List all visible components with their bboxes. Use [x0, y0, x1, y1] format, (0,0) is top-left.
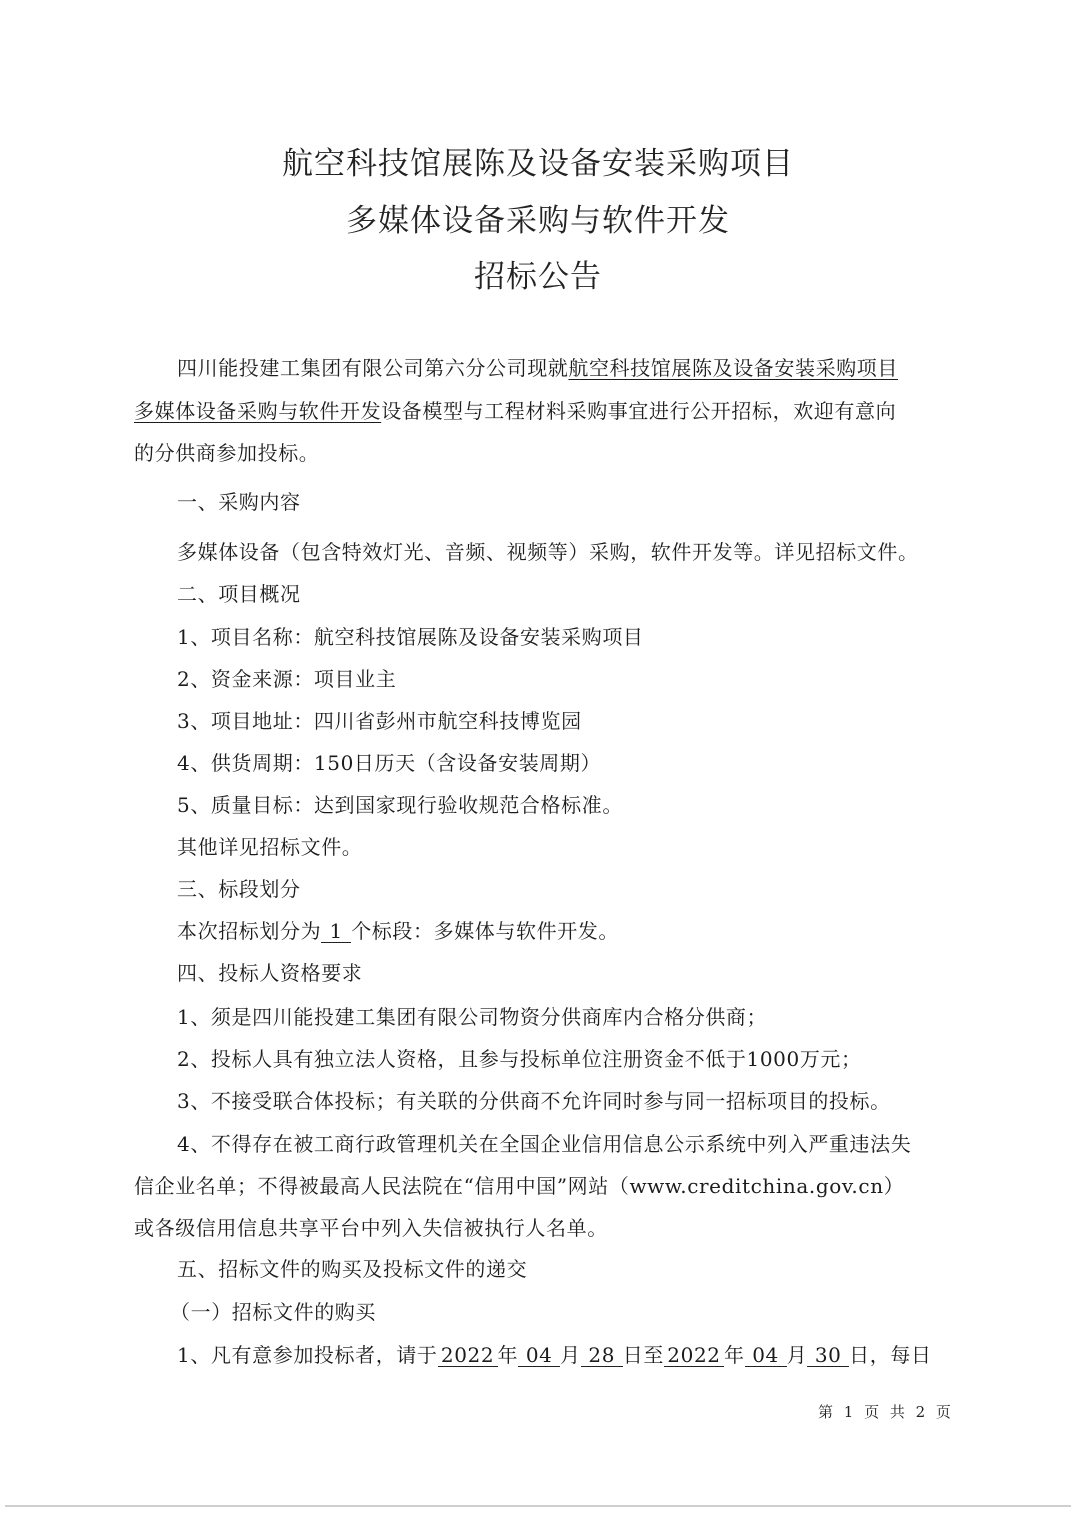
procurement-content: 多媒体设备（包含特效灯光、音频、视频等）采购，软件开发等。详见招标文件。 — [177, 536, 919, 565]
overview-item: 3、项目地址：四川省彭州市航空科技博览园 — [177, 705, 582, 734]
qualification-item: 1、须是四川能投建工集团有限公司物资分供商库内合格分供商； — [177, 1001, 767, 1030]
start-day: 28 — [581, 1344, 623, 1367]
title-line-3: 招标公告 — [0, 251, 1076, 296]
start-month: 04 — [518, 1344, 560, 1367]
start-year: 2022 — [438, 1344, 498, 1367]
day-to-label: 日至 — [623, 1343, 664, 1367]
purchase-suffix: 日，每日 — [849, 1343, 931, 1367]
lots-suffix: 个标段：多媒体与软件开发。 — [351, 919, 619, 943]
intro-subproject-name: 多媒体设备采购与软件开发 — [134, 399, 381, 423]
qualification-item-4-line-2: 信企业名单；不得被最高人民法院在“信用中国”网站（www.creditchina… — [134, 1170, 904, 1199]
subsection-purchase: （一）招标文件的购买 — [170, 1296, 376, 1325]
intro-project-name: 航空科技馆展陈及设备安装采购项目 — [568, 356, 898, 380]
section-heading-overview: 二、项目概况 — [177, 578, 301, 607]
scan-edge-divider — [5, 1505, 1071, 1507]
end-year: 2022 — [664, 1344, 724, 1367]
year-label: 年 — [724, 1343, 745, 1367]
overview-note: 其他详见招标文件。 — [177, 831, 362, 860]
section-heading-documents: 五、招标文件的购买及投标文件的递交 — [177, 1253, 527, 1282]
section-heading-procurement: 一、采购内容 — [177, 486, 301, 515]
qualification-item: 3、不接受联合体投标；有关联的分供商不允许同时参与同一招标项目的投标。 — [177, 1085, 891, 1114]
section-heading-qualification: 四、投标人资格要求 — [177, 957, 362, 986]
month-label: 月 — [787, 1343, 808, 1367]
end-day: 30 — [807, 1344, 849, 1367]
lots-prefix: 本次招标划分为 — [177, 919, 321, 943]
purchase-item-1: 1、凡有意参加投标者，请于2022年04月28日至2022年04月30日，每日 — [177, 1339, 932, 1368]
intro-invitation: 设备模型与工程材料采购事宜进行公开招标，欢迎有意向 — [381, 399, 896, 423]
title-line-1: 航空科技馆展陈及设备安装采购项目 — [0, 138, 1076, 183]
page-number: 第 1 页 共 2 页 — [818, 1401, 954, 1422]
qualification-item: 2、投标人具有独立法人资格，且参与投标单位注册资金不低于1000万元； — [177, 1043, 862, 1072]
qualification-item-4-line-1: 4、不得存在被工商行政管理机关在全国企业信用信息公示系统中列入严重违法失 — [177, 1128, 911, 1157]
overview-item: 5、质量目标：达到国家现行验收规范合格标准。 — [177, 789, 623, 818]
overview-item: 1、项目名称：航空科技馆展陈及设备安装采购项目 — [177, 621, 644, 650]
lots-count: 1 — [321, 920, 351, 943]
intro-line-1: 四川能投建工集团有限公司第六分公司现就航空科技馆展陈及设备安装采购项目 — [177, 352, 898, 381]
purchase-prefix: 1、凡有意参加投标者，请于 — [177, 1343, 438, 1367]
intro-line-3: 的分供商参加投标。 — [134, 437, 319, 466]
qualification-item-4-line-3: 或各级信用信息共享平台中列入失信被执行人名单。 — [134, 1212, 608, 1241]
section-heading-lots: 三、标段划分 — [177, 873, 301, 902]
end-month: 04 — [745, 1344, 787, 1367]
year-label: 年 — [498, 1343, 519, 1367]
intro-company: 四川能投建工集团有限公司第六分公司现就 — [177, 356, 568, 380]
overview-item: 4、供货周期：150日历天（含设备安装周期） — [177, 747, 601, 776]
month-label: 月 — [560, 1343, 581, 1367]
intro-line-2: 多媒体设备采购与软件开发设备模型与工程材料采购事宜进行公开招标，欢迎有意向 — [134, 395, 896, 424]
lots-description: 本次招标划分为1个标段：多媒体与软件开发。 — [177, 915, 619, 944]
title-line-2: 多媒体设备采购与软件开发 — [0, 195, 1076, 240]
overview-item: 2、资金来源：项目业主 — [177, 663, 396, 692]
